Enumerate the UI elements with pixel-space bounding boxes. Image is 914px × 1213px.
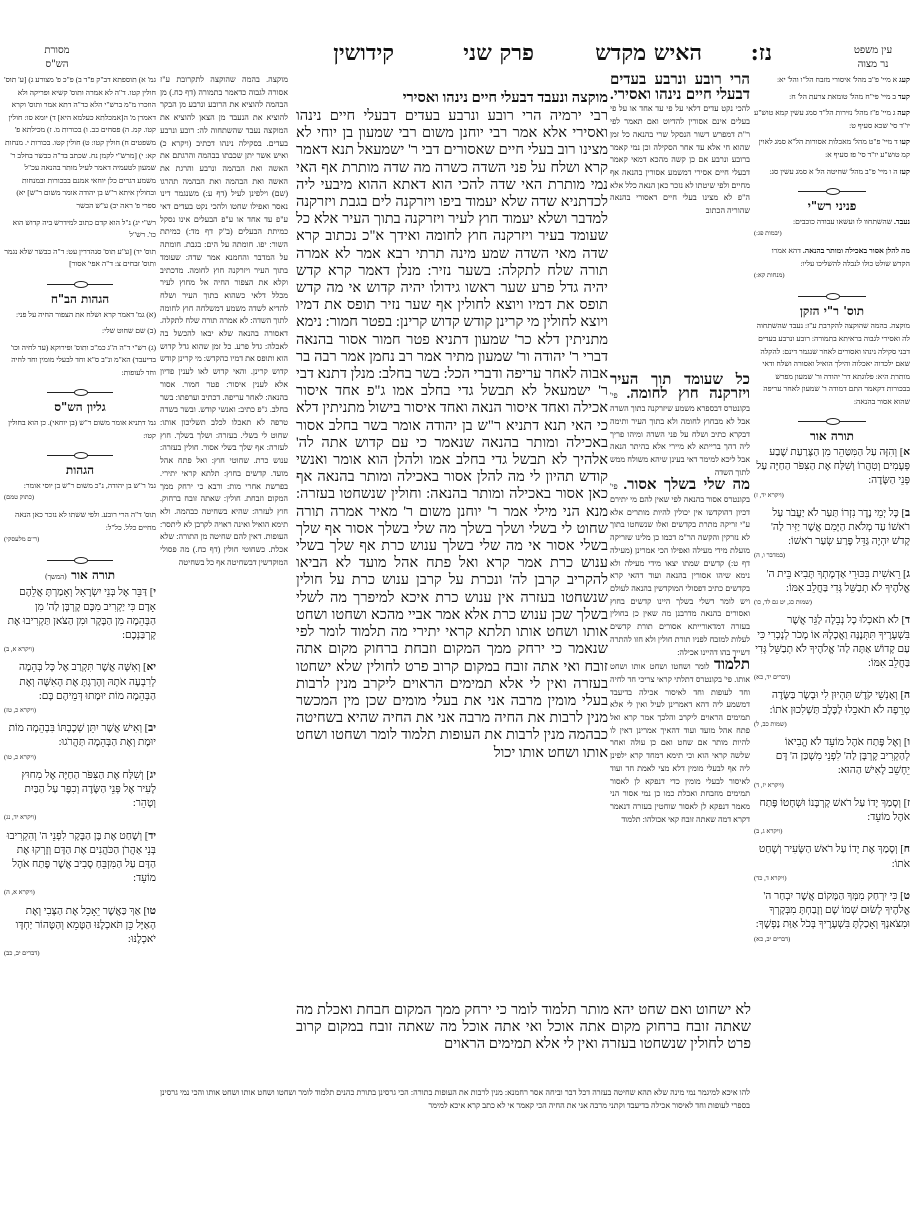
pninei-rashi-item: מה להלן אסור באכילה ומותר בהנאה. דהא אמר…	[754, 245, 910, 283]
item-mark: א	[903, 447, 910, 458]
item-ref: (כתוק טמם)	[4, 492, 156, 505]
torah-or-item: ב] כָּל יְמֵי נֶדֶר נִזְרוֹ תַּעַר לֹא י…	[754, 507, 910, 564]
item-ref: (ויקרא א, ב)	[4, 643, 156, 657]
tosafot-text: פי' בקונטרס אסור בהנאה לפי שאין להם מי י…	[610, 482, 750, 656]
masoret-label: מסורת הש"ס	[22, 44, 92, 72]
item-text: לֹא תֹאכְלוּ כָל נְבֵלָה לַגֵּר אֲשֶׁר ב…	[755, 615, 910, 669]
title-note: (המשך)	[45, 573, 67, 581]
hagahot-bach-title: הגהות הב"ח	[4, 293, 156, 306]
bach-item: (ב) שם שחוט שלי:	[4, 325, 156, 338]
item-ref: (ויקרא א, ה)	[4, 886, 156, 900]
torah-or-cont-title: תורה אור (המשך)	[4, 569, 156, 584]
item-ref: (שמות כג, יט גם לד, כו)	[754, 596, 910, 610]
ein-mishpat-item: קעה ג מיי' פ"ז מהל' נזירות הל"ד סמג עשין…	[754, 107, 910, 132]
tractate-name: קידושין	[333, 40, 394, 66]
item-text: וְסָמַךְ יָדוֹ עַל רֹאשׁ קָרְבָּנוֹ וּשְ…	[759, 798, 910, 823]
item-mark: ה	[904, 690, 910, 701]
tosafot-top-lead: הרי רובע ונרבע בעדים דבעלי חיים נינהו וא…	[610, 74, 750, 103]
tosafot-top-text: להכי נקט עדים דלאי על פי עד אחד או על פי…	[610, 104, 750, 215]
tosafot-lead: תלמוד	[714, 657, 750, 673]
item-text: וְהִזָּה עַל הַמִּטַּהֵר מִן הַצָּרַעַת …	[756, 447, 910, 486]
title-text: תורה אור	[71, 568, 115, 582]
item-mark: ח	[904, 844, 910, 855]
gilyon-hashas-title: גליון הש"ס	[4, 401, 156, 414]
torah-or-item: ז] וְסָמַךְ יָדוֹ עַל רֹאשׁ קָרְבָּנוֹ ו…	[754, 797, 910, 840]
pninei-rashi-item: נעבד. שהשתחוו לו ועשאו עבודה כוכבים:(יבמ…	[754, 216, 910, 241]
item-mark: טו	[147, 906, 156, 917]
torah-or-item: ה] וְאַנְשֵׁי קֹדֶשׁ תִּהְיוּן לִי וּבָש…	[754, 689, 910, 732]
item-mark: ב	[905, 508, 910, 519]
bottom-commentary: להו איכא למיגמר נמי מינה שלא תהא שחיטה ב…	[160, 1087, 750, 1112]
item-text: וְאִישׁ אֲשֶׁר יִתֵּן שְׁכָבְתּוֹ בִּבְה…	[9, 723, 156, 748]
torah-or-item: ג] רֵאשִׁית בִּכּוּרֵי אַדְמָתְךָ תָּבִי…	[754, 568, 910, 611]
item-ref: (ויקרא כ, טז)	[4, 704, 156, 718]
torah-or-item: ד] לֹא תֹאכְלוּ כָל נְבֵלָה לַגֵּר אֲשֶׁ…	[754, 614, 910, 685]
item-text: וְסָמַךְ אֶת יָדוֹ עַל רֹאשׁ הַשָּׂעִיר …	[759, 844, 910, 869]
ein-mishpat-item: קעז ה ו מיי' פ"ב מהל' שחיטה הל' א סמג עש…	[754, 166, 910, 179]
label-line: מסורת	[22, 44, 92, 58]
item-mark: יא	[147, 662, 157, 673]
torah-or-title: תורה אור	[754, 430, 910, 443]
item-mark: קעו	[900, 137, 910, 146]
item-mark: קעג	[899, 75, 910, 84]
ornament-divider-icon	[4, 555, 156, 565]
item-lead: נעבד.	[894, 217, 910, 226]
item-lead: מה להלן אסור באכילה ומותר בהנאה.	[803, 246, 910, 255]
item-text: וְאֶל פֶּתַח אֹהֶל מוֹעֵד לֹא הֱבִיאוֹ ל…	[776, 737, 910, 776]
hagahot-title: הגהות	[4, 464, 156, 477]
item-ref: (ויקרא יז, ד)	[754, 779, 910, 793]
item-ref: (יבמות פג:)	[754, 228, 910, 241]
ornament-divider-icon	[754, 291, 910, 301]
item-ref: (ר"ם מלעסקי)	[4, 534, 156, 547]
item-mark: ו	[907, 737, 910, 748]
ornament-divider-icon	[754, 416, 910, 426]
tosafot-lead: כל שעומד תוך העיר ויזרקנה חוץ לחומה.	[610, 372, 750, 403]
gemara-opening-words: מוקצה ונעבד דבעלי חיים נינהו ואסירי	[403, 90, 608, 106]
label-line: נר מצוה	[838, 58, 908, 72]
item-ref: (דברים יד, כא)	[754, 671, 910, 685]
item-mark: ט	[904, 891, 910, 902]
item-mark: ג	[907, 569, 910, 580]
ein-mishpat-label: עין משפט נר מצוה	[838, 44, 908, 72]
gemara-bottom-text: לא ישחוט ואם שחט יהא מותר תלמוד לומר כי …	[296, 1002, 751, 1054]
item-mark: קעה	[897, 108, 910, 117]
gemara-text: רבי ירמיה הרי רובע ונרבע בעדים דבעלי חיי…	[296, 108, 608, 761]
ein-mishpat-item: קעו ד מיי' פ"ט מהל' מאכלות אסורות הל"א ס…	[754, 136, 910, 161]
left-margin: גמ' א) תוספתא דב"ק פ"ד ב) פ"כ פ' מצורע ג…	[4, 74, 156, 1204]
torah-or-item: יד] וְשָׁחַט אֶת בֶּן הַבָּקָר לִפְנֵי ה…	[4, 830, 156, 901]
item-ref: (במדבר ו, ה)	[754, 549, 910, 563]
item-mark: יב	[148, 723, 156, 734]
item-mark: ד	[905, 615, 910, 626]
tos-rid-title: תוס' ר"י הזקן	[754, 305, 910, 318]
item-text: רֵאשִׁית בִּכּוּרֵי אַדְמָתְךָ תָּבִיא ב…	[767, 569, 910, 594]
item-text: גמ' ר"ש בן יהודה, נ"כ משום ר"ש בן יוסי א…	[24, 481, 156, 490]
label-line: הש"ס	[22, 58, 92, 72]
item-text: כִּי יִרְחַק מִמְּךָ הַמָּקוֹם אֲשֶׁר יִ…	[756, 891, 910, 930]
item-ref: (ויקרא יד, נג)	[4, 811, 156, 825]
item-text: וְשִׁלַּח אֶת הַצִּפֹּר הַחַיָּה אֶל מִח…	[22, 770, 157, 809]
torah-or-item: ח] וְסָמַךְ אֶת יָדוֹ עַל רֹאשׁ הַשָּׂעִ…	[754, 843, 910, 886]
ornament-divider-icon	[4, 279, 156, 289]
gemara-text: לא ישחוט ואם שחט יהא מותר תלמוד לומר כי …	[296, 1002, 751, 1052]
page-header: עין משפט נר מצוה נז: האיש מקדש פרק שני ק…	[0, 40, 914, 64]
item-mark: קעד	[898, 92, 910, 101]
item-text: וְשָׁחַט אֶת בֶּן הַבָּקָר לִפְנֵי ה' וְ…	[7, 831, 156, 885]
torah-or-item: טו] אַךְ כַּאֲשֶׁר יֵאָכֵל אֶת הַצְּבִי …	[4, 905, 156, 962]
torah-or-item: ט] כִּי יִרְחַק מִמְּךָ הַמָּקוֹם אֲשֶׁר…	[754, 890, 910, 947]
torah-or-item: יא] וְאִשָּׁה אֲשֶׁר תִּקְרַב אֶל כָּל ב…	[4, 661, 156, 718]
ornament-divider-icon	[4, 387, 156, 397]
rashi-text: מוקצה. בהמה שהוקצה לתקרובת ע"ז אסורה לגב…	[160, 75, 288, 567]
tosafot-top-block: הרי רובע ונרבע בעדים דבעלי חיים נינהו וא…	[610, 74, 750, 218]
item-ref: (ויקרא ג, ב)	[754, 825, 910, 839]
item-text: דַּבֵּר אֶל בְּנֵי יִשְׂרָאֵל וְאָמַרְתָ…	[8, 587, 156, 641]
item-ref: (ויקרא ד, כד)	[754, 872, 910, 886]
right-margin: קעג א מיי' פ"ב מהל' איסורי מזבח הל"ו והל…	[754, 74, 910, 1204]
ein-mishpat-item: קעג א מיי' פ"ב מהל' איסורי מזבח הל"ו והל…	[754, 74, 910, 87]
ein-mishpat-item: קעד ב מיי' פי"ח מהל' טומאת צרעת הל' ח:	[754, 91, 910, 104]
pninei-rashi-title: פניני רש"י	[754, 200, 910, 213]
masoret-tosafot-note: תוס' יד) [ע"ע תוס' סנהדרין עט: ד"ה כבשר …	[4, 246, 156, 271]
item-text: ד מיי' פ"ט מהל' מאכלות אסורות הל"א סמג ל…	[759, 137, 910, 159]
item-text: תוס' ד"ה הרי רובע. ולפי ששתו לא נזכר כאן…	[15, 510, 156, 532]
tosafot-column: הרי רובע ונרבע בעדים דבעלי חיים נינהו וא…	[610, 74, 750, 1062]
item-ref: (מנחות קא:)	[754, 270, 910, 283]
item-mark: יג	[150, 770, 156, 781]
tosafot-block: תלמוד לומר ושחטו ושחט אותו ושחט אותו. פי…	[610, 659, 750, 826]
gemara-main-text: רבי ירמיה הרי רובע ונרבע בעדים דבעלי חיי…	[296, 108, 608, 1003]
gilyon-text: גמ' דתניא אומר משום ר"ש (בן יוחאי). כן ה…	[4, 417, 156, 442]
item-mark: יד	[148, 831, 156, 842]
item-text: אַךְ כַּאֲשֶׁר יֵאָכֵל אֶת הַצְּבִי וְאֶ…	[16, 906, 156, 945]
torah-or-item: א] וְהִזָּה עַל הַמִּטַּהֵר מִן הַצָּרַע…	[754, 446, 910, 503]
gemara-opening: מוקצה ונעבד דבעלי חיים נינהו ואסירי	[296, 90, 608, 108]
item-text: כָּל יְמֵי נֶדֶר נִזְרוֹ תַּעַר לֹא יַעֲ…	[771, 508, 910, 547]
bach-item: (ג) רש"י ד"ה ה"ג כמ"כ ותוס' ופירוקא (עד …	[4, 342, 156, 380]
commentary-text: להו איכא למיגמר נמי מינה שלא תהא שחיטה ב…	[160, 1088, 750, 1110]
tosafot-text: פי' בקונטרס דבספרא משמע שיזרקנה בתוך השד…	[610, 391, 750, 476]
item-text: א מיי' פ"ב מהל' איסורי מזבח הל"ו והל' יא…	[777, 75, 897, 84]
item-mark: ז	[907, 798, 910, 809]
hagahot-item: גמ' ר"ש בן יהודה, נ"כ משום ר"ש בן יוסי א…	[4, 480, 156, 505]
perek-label: פרק שני	[463, 40, 534, 66]
item-ref: (שמות כב, ל)	[754, 718, 910, 732]
torah-or-item: ו] וְאֶל פֶּתַח אֹהֶל מוֹעֵד לֹא הֱבִיאו…	[754, 736, 910, 793]
torah-or-item: יג] וְשִׁלַּח אֶת הַצִּפֹּר הַחַיָּה אֶל…	[4, 769, 156, 826]
tosafot-lead: מה שלי בשלך אסור.	[623, 477, 750, 493]
item-ref: (דברים יב, כא)	[754, 933, 910, 947]
item-text: ג מיי' פ"ז מהל' נזירות הל"ד סמג עשין קמא…	[754, 108, 910, 130]
tosafot-block: מה שלי בשלך אסור. פי' בקונטרס אסור בהנאה…	[610, 479, 750, 659]
item-text: וְאִשָּׁה אֲשֶׁר תִּקְרַב אֶל כָּל בְּהֵ…	[19, 662, 156, 701]
item-mark: י	[153, 587, 156, 598]
item-mark: קעז	[900, 167, 910, 176]
item-ref: (ויקרא כ, טו)	[4, 751, 156, 765]
chapter-title: האיש מקדש	[595, 40, 702, 66]
torah-or-item: יב] וְאִישׁ אֲשֶׁר יִתֵּן שְׁכָבְתּוֹ בִ…	[4, 722, 156, 765]
ornament-divider-icon	[754, 186, 910, 196]
bach-item: (א) גמ' דאמר קרא ושלח את הצפור החיה על פ…	[4, 309, 156, 322]
ein-mishpat-list: קעג א מיי' פ"ב מהל' איסורי מזבח הל"ו והל…	[754, 74, 910, 178]
item-text: ב מיי' פי"ח מהל' טומאת צרעת הל' ח:	[789, 92, 896, 101]
item-ref: (ויקרא יד, ז)	[754, 489, 910, 503]
tosafot-text: לומר ושחטו ושחט אותו ושחט אותו. פי' בקונ…	[610, 662, 750, 823]
item-text: שהשתחוו לו ועשאו עבודה כוכבים:	[793, 217, 892, 226]
rashi-column: מוקצה. בהמה שהוקצה לתקרובת ע"ז אסורה לגב…	[160, 74, 288, 1062]
folio-number: נז:	[751, 40, 772, 66]
item-text: וְאַנְשֵׁי קֹדֶשׁ תִּהְיוּן לִי וּבָשָׂר…	[770, 690, 910, 715]
tos-rid-text: מוקצה. בהמה שהוקצה להקרבת ע"ז: נעבד שהשת…	[754, 320, 910, 408]
masoret-rashi-note: רש"י יג) נ"ל הוא קדם כתוב למידרש ביה קדו…	[4, 217, 156, 242]
torah-or-item: י] דַּבֵּר אֶל בְּנֵי יִשְׂרָאֵל וְאָמַר…	[4, 586, 156, 657]
label-line: עין משפט	[838, 44, 908, 58]
ornament-divider-icon	[4, 450, 156, 460]
item-ref: (דברים יב, כב)	[4, 947, 156, 961]
tosafot-block: כל שעומד תוך העיר ויזרקנה חוץ לחומה. פי'…	[610, 374, 750, 480]
item-text: ה ו מיי' פ"ב מהל' שחיטה הל' א סמג עשין ס…	[769, 167, 897, 176]
hagahot-item: תוס' ד"ה הרי רובע. ולפי ששתו לא נזכר כאן…	[4, 509, 156, 547]
masoret-hashas-text: גמ' א) תוספתא דב"ק פ"ד ב) פ"כ פ' מצורע ג…	[4, 74, 156, 213]
